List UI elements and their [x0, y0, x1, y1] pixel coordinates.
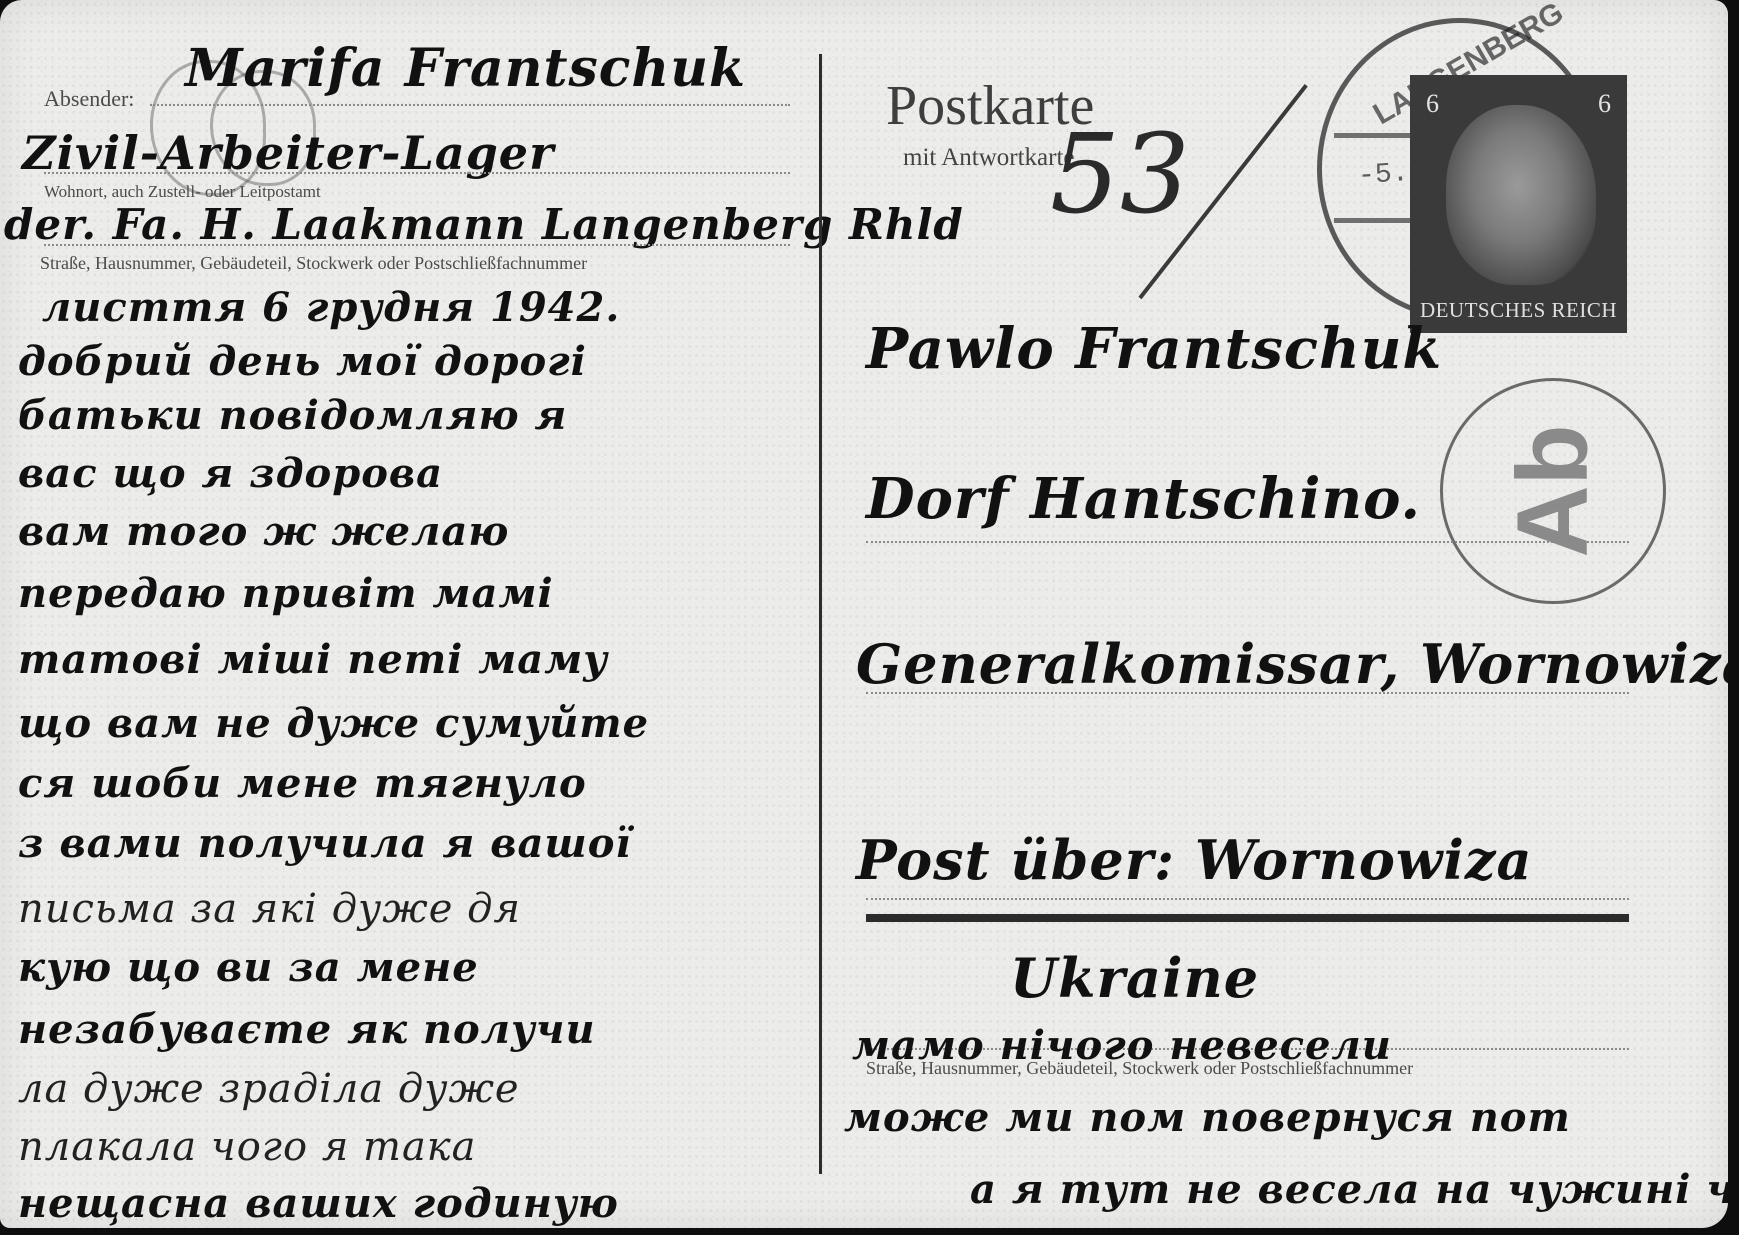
message-line: лисття 6 грудня 1942.: [42, 284, 620, 331]
message-line: батьки повідомляю я: [18, 392, 567, 439]
recipient-name: Pawlo Frantschuk: [866, 316, 1442, 382]
sender-name: Marifa Frantschuk: [185, 38, 746, 99]
message-line: кую що ви за мене: [18, 944, 479, 991]
postcard: Absender: Marifa Frantschuk Zivil-Arbeit…: [0, 0, 1728, 1228]
message-line: вас що я здорова: [18, 450, 443, 497]
message-line: передаю привіт мамі: [18, 570, 554, 617]
dotted-line: [866, 541, 1629, 543]
message-line: вам того ж желаю: [18, 508, 509, 555]
message-line: ла дуже зраділа дуже: [18, 1066, 520, 1112]
thick-underline: [866, 914, 1629, 922]
postkarte-subtitle: mit Antwortkarte: [903, 144, 1075, 172]
message-line: плакала чого я така: [18, 1124, 477, 1170]
dotted-line: [44, 172, 790, 174]
postage-stamp: 6 6 DEUTSCHES REICH: [1410, 75, 1627, 333]
stamp-country: DEUTSCHES REICH: [1418, 298, 1619, 323]
message-line: незабуваєте як получи: [18, 1006, 596, 1053]
dotted-line: [866, 898, 1629, 900]
censor-mark: Ab: [1496, 424, 1611, 557]
dotted-line: [44, 244, 790, 246]
absender-label: Absender:: [44, 86, 134, 112]
message-line: що вам не дуже сумуйте: [18, 700, 649, 747]
message-line: а я тут не весела на чужині чого: [970, 1166, 1728, 1213]
message-line: нещасна ваших годиную: [18, 1180, 619, 1227]
dotted-line: [150, 104, 790, 106]
recipient-village: Dorf Hantschino.: [866, 466, 1421, 532]
message-line: добрий день мої дорогі: [18, 338, 587, 385]
message-line: письма за які дуже дя: [18, 886, 521, 932]
strasse-label: Straße, Hausnummer, Gebäudeteil, Stockwe…: [40, 253, 587, 274]
message-line: ся шоби мене тягнуло: [18, 760, 587, 807]
wohnort-label: Wohnort, auch Zustell- oder Leitpostamt: [44, 182, 321, 202]
message-line: татові міші петі маму: [18, 636, 608, 683]
dotted-line: [866, 692, 1629, 694]
message-line: може ми пом повернуся пот: [844, 1094, 1571, 1141]
censor-stamp: Ab: [1440, 378, 1666, 604]
stamp-portrait-icon: [1446, 105, 1596, 285]
message-line: з вами получила я вашої: [18, 820, 632, 867]
stamp-value: 6: [1426, 89, 1439, 119]
vertical-divider: [819, 54, 822, 1174]
recipient-district: Generalkomissar, Wornowiza: [856, 632, 1728, 696]
recipient-post-office: Post über: Wornowiza: [856, 828, 1533, 892]
stamp-value: 6: [1598, 89, 1611, 119]
message-line: мамо нічого невесели: [852, 1022, 1392, 1069]
recipient-country: Ukraine: [1010, 946, 1259, 1010]
annotation-number: 53: [1050, 110, 1190, 238]
